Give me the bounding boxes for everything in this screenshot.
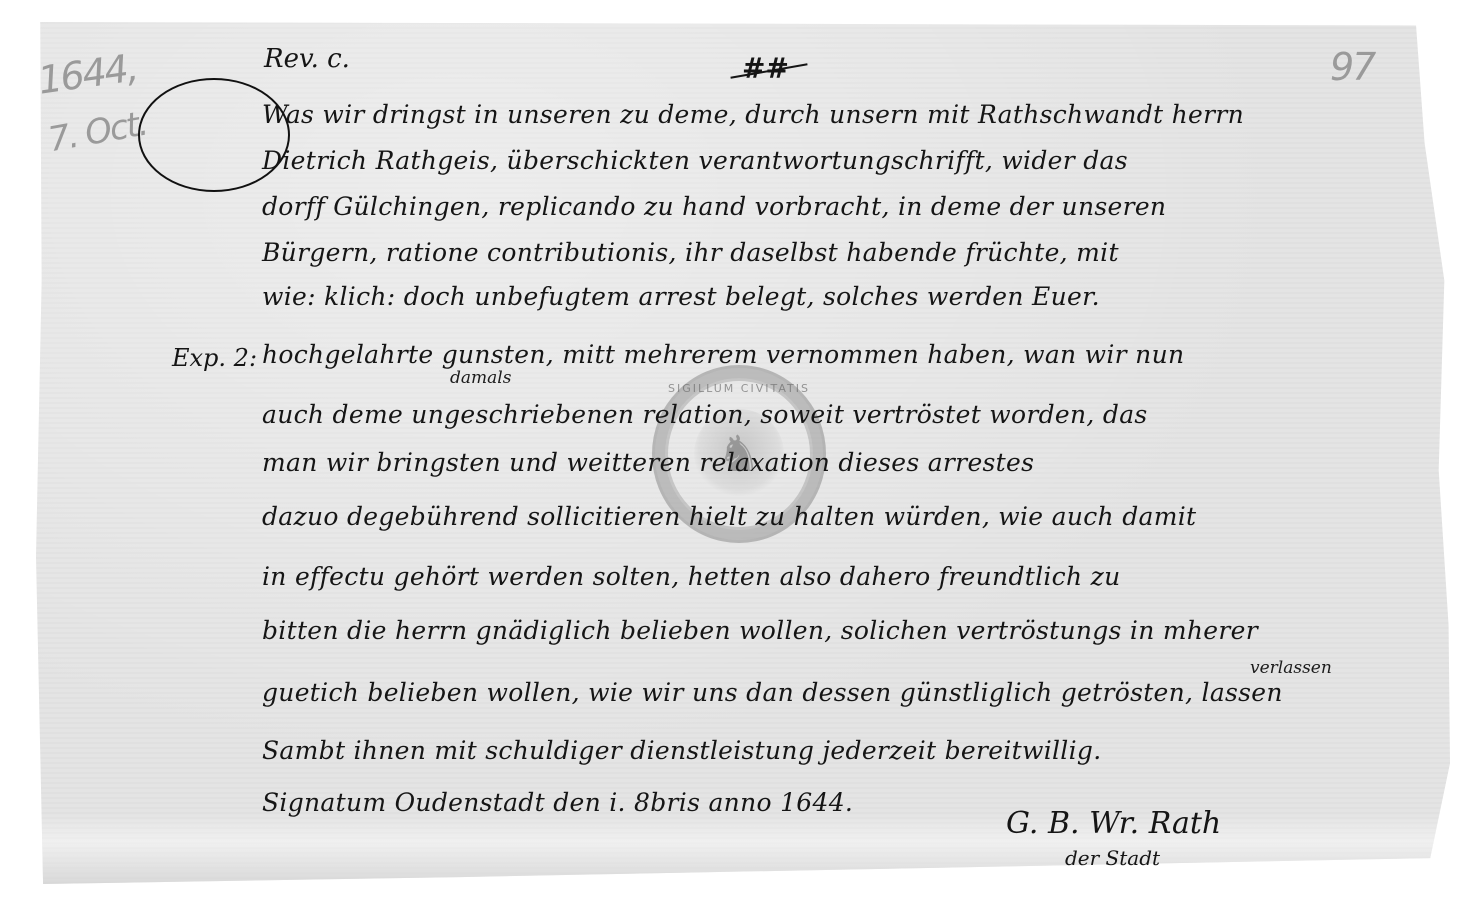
salutation: Rev. c. xyxy=(264,44,350,74)
struck-hash-mark: ## xyxy=(742,52,789,85)
letter-line: auch deme ungeschriebenen relation, sowe… xyxy=(262,400,1148,429)
letter-line: bitten die herrn gnädiglich belieben wol… xyxy=(262,616,1258,645)
seal-legend: SIGILLUM CIVITATIS xyxy=(655,382,823,395)
folio-number: 97 xyxy=(1330,45,1374,89)
letter-line: Sambt ihnen mit schuldiger dienstleistun… xyxy=(262,736,1101,765)
letter-line: hochgelahrte gunsten, mitt mehrerem vern… xyxy=(262,340,1184,369)
letter-line: man wir bringsten und weitteren relaxati… xyxy=(262,448,1034,477)
letter-line: wie: klich: doch unbefugtem arrest beleg… xyxy=(262,282,1100,311)
margin-note: Exp. 2: xyxy=(172,344,257,372)
letter-line: Was wir dringst in unseren zu deme, durc… xyxy=(262,100,1244,129)
letter-line: Dietrich Rathgeis, überschickten verantw… xyxy=(262,146,1128,175)
letter-line: dazuo degebührend sollicitieren hielt zu… xyxy=(262,502,1196,531)
signature: G. B. Wr. Rath xyxy=(1006,806,1221,841)
paper-shadow xyxy=(36,814,1450,884)
letter-line: Bürgern, ratione contributionis, ihr das… xyxy=(262,238,1119,267)
signature-subscript: der Stadt xyxy=(1065,846,1160,870)
interlinear-insertion: damals xyxy=(450,368,511,388)
letter-line: guetich belieben wollen, wie wir uns dan… xyxy=(262,678,1283,707)
letter-line: Signatum Oudenstadt den i. 8bris anno 16… xyxy=(262,788,853,817)
letter-line: in effectu gehört werden solten, hetten … xyxy=(262,562,1121,591)
letter-line: dorff Gülchingen, replicando zu hand vor… xyxy=(262,192,1166,221)
interlinear-insertion: verlassen xyxy=(1250,658,1332,678)
